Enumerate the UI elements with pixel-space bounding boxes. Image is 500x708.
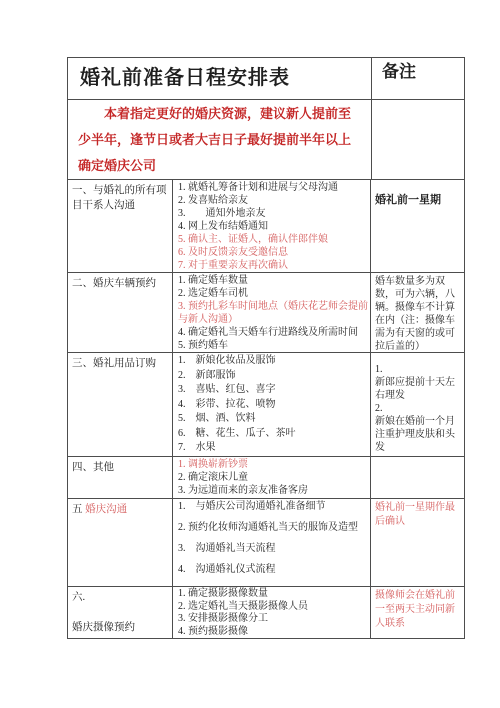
task-item-highlighted: 5. 确认主、证婚人，确认伴郎伴娘 [178, 233, 370, 246]
row-3-category: 三、婚礼用品订购 [68, 353, 173, 456]
table-row-3: 三、婚礼用品订购 1. 新娘化妆品及服饰 2. 新郎服饰 3. 喜贴、红包、喜字… [68, 352, 464, 456]
intro-row: 本着指定更好的婚庆资源，建议新人提前至少半年，逢节日或者大吉日子最好提前半年以上… [68, 99, 464, 179]
task-item: 1. 确定婚车数量 [178, 274, 370, 287]
task-item: 3. 通知外地亲友 [178, 207, 370, 220]
row-6-category: 六. 婚庆摄像预约 [68, 587, 173, 638]
task-item: 2. 预约化妆师沟通婚礼当天的服饰及造型 [178, 521, 370, 534]
notes-column-header: 备注 [372, 58, 464, 99]
row-4-task-list: 1. 调换崭新钞票 2. 确定滚床儿童 3. 为远道而来的亲友准备客房 [173, 457, 371, 498]
row-3-task-list: 1. 新娘化妆品及服饰 2. 新郎服饰 3. 喜贴、红包、喜字 4. 彩带、拉花… [173, 353, 371, 456]
row-4-category: 四、其他 [68, 457, 173, 498]
task-item: 1. 确定摄影摄像数量 [178, 588, 370, 601]
row-2-task-list: 1. 确定婚车数量 2. 选定婚车司机 3. 预约扎彩车时间地点（婚庆花艺师会提… [173, 273, 371, 352]
task-item: 4. 预约摄影摄像 [178, 626, 370, 639]
task-item: 4. 确定婚礼当天婚车行进路线及所需时间 [178, 326, 370, 339]
row-5-task-list: 1. 与婚庆公司沟通婚礼准备细节 2. 预约化妆师沟通婚礼当天的服饰及造型 3.… [173, 499, 371, 586]
task-item: 5. 烟、酒、饮料 [178, 412, 370, 427]
table-row-1: 一、与婚礼的所有项目干系人沟通 1. 就婚礼筹备计划和进展与父母沟通 2. 发喜… [68, 179, 464, 272]
row-4-note [371, 457, 464, 498]
page-title: 婚礼前准备日程安排表 [68, 58, 372, 99]
row-5-category-number: 五 [72, 504, 85, 515]
task-item: 3. 喜贴、红包、喜字 [178, 383, 370, 398]
row-2-note: 婚车数量多为双数，可为六辆，八辆。摄像车不计算在内（注：摄像车需为有天窗的或可拉… [371, 273, 464, 352]
row-5-category: 五 婚庆沟通 [68, 499, 173, 586]
task-item: 4. 彩带、拉花、喷物 [178, 398, 370, 413]
task-item-highlighted: 7. 对于重要亲友再次确认 [178, 259, 370, 272]
row-1-note: 婚礼前一星期 [371, 180, 464, 272]
task-item: 2. 新郎服饰 [178, 369, 370, 384]
row-3-note: 1. 新郎应提前十天左右理发 2. 新娘在婚前一个月注重护理皮肤和头发 [371, 353, 464, 456]
task-item-highlighted: 1. 调换崭新钞票 [178, 458, 370, 471]
row-5-note: 婚礼前一星期作最后确认 [371, 499, 464, 586]
task-item: 2. 选定婚礼当天摄影摄像人员 [178, 601, 370, 614]
intro-note: 本着指定更好的婚庆资源，建议新人提前至少半年，逢节日或者大吉日子最好提前半年以上… [68, 100, 372, 179]
task-item: 3. 安排摄影摄像分工 [178, 613, 370, 626]
task-item: 2. 确定滚床儿童 [178, 471, 370, 484]
task-item: 7. 水果 [178, 441, 370, 456]
row-6-task-list: 1. 确定摄影摄像数量 2. 选定婚礼当天摄影摄像人员 3. 安排摄影摄像分工 … [173, 587, 371, 638]
table-header-row: 婚礼前准备日程安排表 备注 [68, 58, 464, 99]
table-row-6: 六. 婚庆摄像预约 1. 确定摄影摄像数量 2. 选定婚礼当天摄影摄像人员 3.… [68, 586, 464, 638]
task-item: 6. 糖、花生、瓜子、茶叶 [178, 427, 370, 442]
task-item-highlighted: 6. 及时反馈亲友受邀信息 [178, 246, 370, 259]
task-item: 1. 就婚礼筹备计划和进展与父母沟通 [178, 181, 370, 194]
table-row-5: 五 婚庆沟通 1. 与婚庆公司沟通婚礼准备细节 2. 预约化妆师沟通婚礼当天的服… [68, 498, 464, 586]
row-2-category: 二、婚庆车辆预约 [68, 273, 173, 352]
task-item: 3. 为远道而来的亲友准备客房 [178, 484, 370, 497]
row-5-category-label: 婚庆沟通 [85, 504, 127, 515]
table-row-2: 二、婚庆车辆预约 1. 确定婚车数量 2. 选定婚车司机 3. 预约扎彩车时间地… [68, 272, 464, 352]
row-1-category: 一、与婚礼的所有项目干系人沟通 [68, 180, 173, 272]
task-item: 4. 网上发布结婚通知 [178, 220, 370, 233]
wedding-schedule-table: 婚礼前准备日程安排表 备注 本着指定更好的婚庆资源，建议新人提前至少半年，逢节日… [67, 57, 465, 639]
task-item: 3. 沟通婚礼当天流程 [178, 542, 370, 555]
task-item: 2. 发喜贴给亲友 [178, 194, 370, 207]
row-6-note: 摄像师会在婚礼前一至两天主动同新人联系 [371, 587, 464, 638]
table-row-4: 四、其他 1. 调换崭新钞票 2. 确定滚床儿童 3. 为远道而来的亲友准备客房 [68, 456, 464, 498]
task-item-highlighted: 3. 预约扎彩车时间地点（婚庆花艺师会提前与新人沟通） [178, 300, 370, 326]
intro-note-cell-empty [372, 100, 464, 179]
task-item: 1. 新娘化妆品及服饰 [178, 354, 370, 369]
task-item: 1. 与婚庆公司沟通婚礼准备细节 [178, 500, 370, 513]
task-item: 4. 沟通婚礼仪式流程 [178, 563, 370, 576]
task-item: 5. 预约婚车 [178, 339, 370, 352]
task-item: 2. 选定婚车司机 [178, 287, 370, 300]
row-1-task-list: 1. 就婚礼筹备计划和进展与父母沟通 2. 发喜贴给亲友 3. 通知外地亲友 4… [173, 180, 371, 272]
